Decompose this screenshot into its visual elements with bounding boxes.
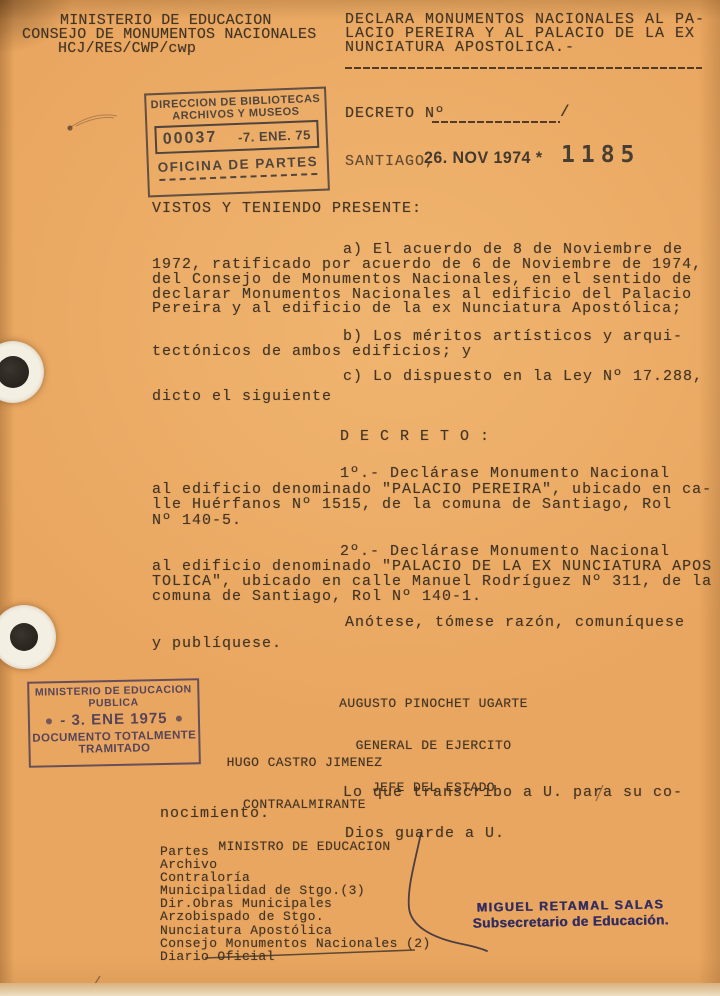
decree-number-slash: / bbox=[560, 104, 571, 120]
scan-bottom-edge bbox=[0, 983, 720, 996]
tramite-stamp-date: - 3. ENE 1975 bbox=[60, 710, 168, 729]
distribution-item: Diario Oficial bbox=[160, 950, 275, 963]
decreto-heading: D E C R E T O : bbox=[340, 429, 490, 445]
subject-line-3: NUNCIATURA APOSTOLICA.- bbox=[345, 40, 575, 56]
stamp-dot-icon bbox=[175, 715, 181, 721]
scanned-decree-page: MINISTERIO DE EDUCACION CONSEJO DE MONUM… bbox=[0, 0, 720, 996]
decree-number-label: DECRETO Nº bbox=[345, 106, 445, 122]
para-c-line-2: dicto el siguiente bbox=[152, 389, 332, 405]
reception-stamp-bottom-rule bbox=[159, 173, 317, 181]
ink-blot bbox=[67, 125, 72, 130]
para-b-line-2: tectónicos de ambos edificios; y bbox=[152, 344, 472, 360]
para-1-line-4: Nº 140-5. bbox=[152, 513, 242, 529]
reception-stamp: DIRECCION DE BIBLIOTECAS ARCHIVOS Y MUSE… bbox=[144, 87, 330, 198]
distribution-item: Arzobispado de Stgo. bbox=[160, 910, 324, 923]
pen-check-stroke bbox=[409, 833, 487, 951]
punch-hole-top-center bbox=[0, 356, 29, 388]
transcribo-line-2: nocimiento. bbox=[160, 806, 270, 822]
retamal-stamp: MIGUEL RETAMAL SALAS Subsecretario de Ed… bbox=[468, 897, 673, 931]
decree-number-stamp: 1185 bbox=[561, 142, 640, 168]
para-c-line-1: c) Lo dispuesto en la Ley Nº 17.288, bbox=[343, 369, 703, 385]
scratch-mark bbox=[68, 115, 117, 129]
reception-stamp-office: OFICINA DE PARTES bbox=[149, 154, 327, 176]
vistos-heading: VISTOS Y TENIENDO PRESENTE: bbox=[152, 201, 422, 217]
dios-guarde-line: Dios guarde a U. bbox=[345, 826, 505, 842]
reception-stamp-number-box: 00037 -7. ENE. 75 bbox=[154, 120, 319, 154]
reception-stamp-number: 00037 bbox=[163, 129, 218, 149]
punch-hole-bottom-center bbox=[10, 623, 38, 651]
stamp-dot-icon bbox=[46, 718, 52, 724]
retamal-title: Subsecretario de Educación. bbox=[468, 912, 673, 931]
reception-stamp-date: -7. ENE. 75 bbox=[238, 127, 311, 145]
castro-name: HUGO CASTRO JIMENEZ bbox=[212, 756, 397, 770]
decree-number-blank bbox=[432, 121, 560, 123]
para-1-line-3: lle Huérfanos Nº 1515, de la comuna de S… bbox=[152, 497, 672, 513]
city-label: SANTIAGO, bbox=[345, 154, 435, 170]
castro-title: MINISTRO DE EDUCACION bbox=[212, 840, 397, 854]
date-stamp: 26. NOV 1974 * bbox=[424, 148, 543, 168]
anotese-line-1: Anótese, tómese razón, comuníquese bbox=[345, 615, 685, 631]
pinochet-name: AUGUSTO PINOCHET UGARTE bbox=[336, 697, 531, 711]
transcribo-line-1: Lo que transcribo a U. para su co- bbox=[343, 785, 683, 801]
tramite-stamp-date-row: - 3. ENE 1975 bbox=[30, 709, 198, 730]
anotese-line-2: y publíquese. bbox=[152, 636, 282, 652]
tramite-stamp: MINISTERIO DE EDUCACION PUBLICA - 3. ENE… bbox=[27, 678, 201, 768]
subject-underline bbox=[345, 67, 702, 69]
punch-hole-top bbox=[0, 341, 44, 403]
para-a-line-5: Pereira y al edificio de la ex Nunciatur… bbox=[152, 301, 682, 317]
para-2-line-4: comuna de Santiago, Rol Nº 140-1. bbox=[152, 589, 482, 605]
punch-hole-bottom bbox=[0, 605, 56, 669]
para-1-line-1: 1º.- Declárase Monumento Nacional bbox=[340, 466, 670, 482]
header-left-line-3: HCJ/RES/CWP/cwp bbox=[58, 41, 196, 57]
